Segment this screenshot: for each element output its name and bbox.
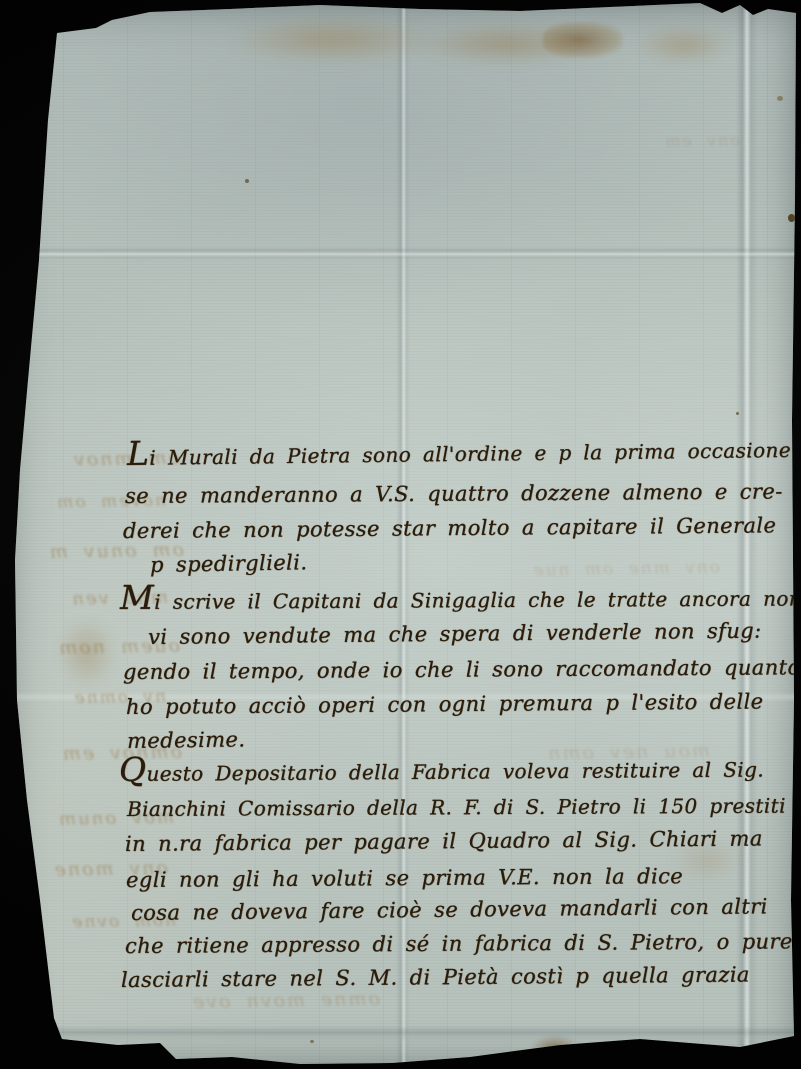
manuscript-line: vi sono vendute ma che spera di venderle… — [148, 621, 762, 648]
manuscript-line: ho potuto acciò operi con ogni premura p… — [126, 691, 764, 718]
horizontal-fold-crease-bottom — [0, 1026, 801, 1042]
bleedthrough-fragment: om mnov — [30, 447, 180, 472]
manuscript-line: lasciarli stare nel S. M. di Pietà costì… — [121, 965, 750, 991]
manuscript-line: cosa ne doveva fare cioè se doveva manda… — [131, 896, 768, 924]
stain-top-left — [228, 16, 438, 64]
bleedthrough-fragment: novem om — [26, 491, 166, 513]
ink-speck — [777, 96, 783, 101]
manuscript-line: Questo Depositario della Fabrica voleva … — [119, 759, 764, 784]
bleedthrough-fragment: nv omne — [26, 687, 166, 709]
stain-top-dark-smudge — [543, 22, 623, 58]
manuscript-line: in n.ra fabrica per pagare il Quadro al … — [125, 828, 763, 855]
ink-speck — [736, 412, 739, 415]
horizontal-fold-crease-faint — [0, 692, 801, 702]
manuscript-page: om mnov novem om om onuv m mno ven ouem … — [0, 0, 801, 1069]
vertical-fold-crease-center — [396, 0, 410, 1069]
manuscript-line: Mi scrive il Capitani da Sinigaglia che … — [120, 588, 801, 612]
bleedthrough-fragment: onv mne om nue — [420, 557, 720, 582]
vertical-fold-crease-right — [736, 0, 758, 1069]
stain-mid-right — [672, 838, 742, 882]
manuscript-line: medesime. — [127, 729, 246, 752]
manuscript-line: p spedirglieli. — [150, 552, 308, 576]
bleedthrough-fragment: onv em — [560, 130, 740, 152]
bleedthrough-fragment: mno ven — [28, 587, 168, 610]
manuscript-line: Li Murali da Pietra sono all'ordine e p … — [127, 440, 791, 468]
stain-top-center — [412, 22, 602, 66]
bleedthrough-fragment: om onuv m — [34, 539, 184, 564]
bleedthrough-fragment: onv mone — [28, 857, 168, 881]
manuscript-line: se ne manderanno a V.S. quattro dozzene … — [125, 481, 783, 507]
bleedthrough-fragment: mov onum — [24, 807, 174, 831]
horizontal-fold-crease-upper — [0, 247, 801, 260]
bleedthrough-fragment: omne movn ove — [120, 988, 380, 1015]
manuscript-line: Bianchini Comissario della R. F. di S. P… — [127, 796, 786, 819]
bleedthrough-fragment: omnov em — [32, 741, 182, 766]
bleedthrough-fragment: ouem nom — [30, 635, 180, 660]
ink-speck — [788, 214, 795, 222]
ink-speck — [245, 179, 249, 183]
manuscript-line: gendo il tempo, onde io che li sono racc… — [123, 657, 801, 683]
stain-left-margin — [58, 618, 116, 688]
manuscript-line: egli non gli ha voluti se prima V.E. non… — [126, 866, 683, 891]
stain-top-right — [636, 26, 732, 64]
manuscript-line: derei che non potesse star molto a capit… — [123, 515, 776, 542]
manuscript-line: che ritiene appresso di sé in fabrica di… — [125, 931, 793, 957]
bleedthrough-fragment: nom ovne — [26, 911, 176, 934]
handwritten-text-block: Li Murali da Pietra sono all'ordine e p … — [0, 0, 801, 1069]
bleedthrough-fragment: mou nev omn — [430, 740, 710, 767]
ink-speck — [310, 1040, 314, 1043]
